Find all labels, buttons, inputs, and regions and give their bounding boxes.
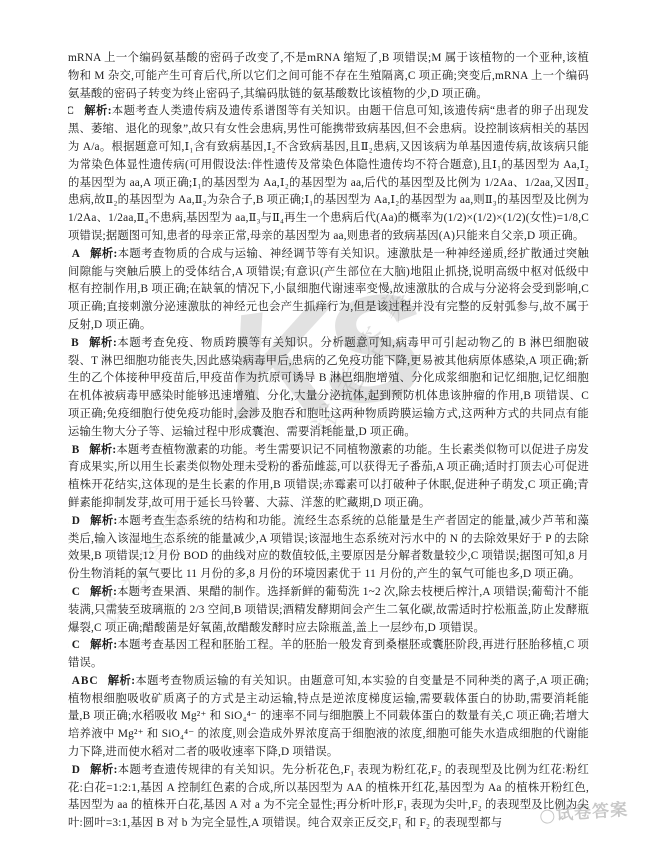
item-number: 17. (68, 764, 69, 776)
jiexi-label: 解析: (84, 105, 112, 117)
item-answer: C (72, 639, 81, 651)
item-explanation: 本题考查植物激素的功能。考生需要识记不同植物激素的功能。生长素类似物可以促进子房… (68, 444, 589, 509)
jiexi-label: 解析: (90, 586, 117, 598)
answer-item-15: 15.C解析:本题考查基因工程和胚胎工程。羊的胚胎一般发育到桑椹胚或囊胚阶段,再… (68, 637, 589, 673)
item-explanation: 本题考查免疫、物质跨膜等有关知识。分析题意可知,病毒甲可引起动物乙的 B 淋巴细… (68, 337, 589, 438)
item-answer: B (71, 337, 80, 349)
answer-explanations-body: mRNA 上一个编码氨基酸的密码子改变了,不是mRNA 缩短了,B 项错误;M … (68, 50, 589, 846)
item-8-continuation-text: mRNA 上一个编码氨基酸的密码子改变了,不是mRNA 缩短了,B 项错误;M … (68, 50, 589, 103)
item-explanation: 本题考查物质运输的有关知识。由题意可知,本实验的自变量是不同种类的离子,A 项正… (68, 675, 589, 758)
item-answer: D (72, 515, 81, 527)
item-number: 13. (68, 515, 69, 527)
item-answer: ABC (72, 675, 99, 687)
item-explanation: 本题考查生态系统的结构和功能。流经生态系统的总能量是生产者固定的能量,减少芦苇和… (68, 515, 589, 580)
item-answer: B (72, 444, 81, 456)
answer-item-11: 11.B解析:本题考查免疫、物质跨膜等有关知识。分析题意可知,病毒甲可引起动物乙… (68, 335, 589, 442)
jiexi-label: 解析: (89, 337, 117, 349)
answer-item-9: 9.C解析:本题考查人类遗传病及遗传系谱图等有关知识。由题干信息可知,该遗传病“… (68, 103, 589, 245)
answer-item-12: 12.B解析:本题考查植物激素的功能。考生需要识记不同植物激素的功能。生长素类似… (68, 442, 589, 513)
jiexi-label: 解析: (90, 639, 117, 651)
item-number: 10. (68, 248, 69, 260)
item-answer: A (72, 248, 81, 260)
item-explanation: 本题考查遗传规律的有关知识。先分析花色,F₁ 表现为粉红花,F₂ 的表现型及比例… (68, 764, 589, 829)
scanned-answer-page: KS 试卷答案 试卷答案 试卷答案 mRNA 上一个编码氨基酸的密码子改变了,不… (0, 0, 650, 846)
jiexi-label: 解析: (90, 764, 118, 776)
jiexi-label: 解析: (90, 515, 118, 527)
item-answer: C (72, 586, 81, 598)
item-explanation: 本题考查人类遗传病及遗传系谱图等有关知识。由题干信息可知,该遗传病“患者的卵子出… (68, 105, 589, 242)
item-explanation: 本题考查物质的合成与运输、神经调节等有关知识。速激肽是一种神经递质,经扩散通过突… (68, 248, 589, 331)
item-explanation: 本题考查果酒、果醋的制作。选择新鲜的葡萄洗 1~2 次,除去枝梗后榨汁,A 项错… (68, 586, 589, 634)
item-number: 15. (68, 639, 69, 651)
jiexi-label: 解析: (108, 675, 136, 687)
item-explanation: 本题考查基因工程和胚胎工程。羊的胚胎一般发育到桑椹胚或囊胚阶段,再进行胚胎移植,… (68, 639, 589, 669)
answer-item-16: 16.ABC解析:本题考查物质运输的有关知识。由题意可知,本实验的自变量是不同种… (68, 673, 589, 762)
item-number: 12. (68, 444, 69, 456)
item-number: 16. (68, 675, 69, 687)
item-answer: D (72, 764, 81, 776)
jiexi-label: 解析: (90, 248, 118, 260)
answer-item-13: 13.D解析:本题考查生态系统的结构和功能。流经生态系统的总能量是生产者固定的能… (68, 513, 589, 584)
jiexi-label: 解析: (89, 444, 116, 456)
answer-item-10: 10.A解析:本题考查物质的合成与运输、神经调节等有关知识。速激肽是一种神经递质… (68, 246, 589, 335)
item-number: 14. (68, 586, 69, 598)
item-answer: C (68, 105, 75, 117)
answer-item-17: 17.D解析:本题考查遗传规律的有关知识。先分析花色,F₁ 表现为粉红花,F₂ … (68, 762, 589, 833)
answer-item-14: 14.C解析:本题考查果酒、果醋的制作。选择新鲜的葡萄洗 1~2 次,除去枝梗后… (68, 584, 589, 637)
